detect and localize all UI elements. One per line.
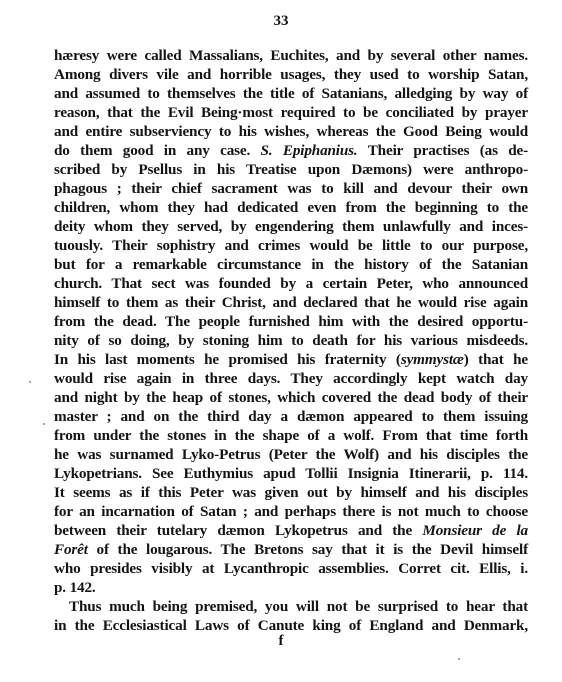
text-line: and entire subserviency to his wishes, w… [54, 122, 528, 141]
text-segment: Among divers vile and horrible usages, t… [54, 66, 528, 83]
text-line: children, whom they had dedicated even f… [54, 198, 528, 217]
text-segment: deity whom they served, by engendering t… [54, 218, 528, 235]
book-page: 33 hæresy were called Massalians, Euchit… [0, 0, 562, 682]
text-segment: tuously. Their sophistry and crimes woul… [54, 237, 528, 254]
text-line: master ; and on the third day a dæmon ap… [54, 407, 528, 426]
text-segment: p. 142. [54, 579, 96, 596]
text-line: for an incarnation of Satan ; and perhap… [54, 502, 528, 521]
text-segment: do them good in any case. [54, 142, 261, 159]
italic-text: Forêt [54, 541, 88, 558]
text-line: deity whom they served, by engendering t… [54, 217, 528, 236]
text-segment: ) that he [464, 351, 528, 368]
text-segment: children, whom they had dedicated even f… [54, 199, 528, 216]
scan-speck [43, 423, 45, 425]
text-segment: for an incarnation of Satan ; and perhap… [54, 503, 528, 520]
text-line: who presides visibly at Lycanthropic ass… [54, 559, 528, 578]
text-segment: Lykopetrians. See Euthymius apud Tollii … [54, 465, 528, 482]
signature-mark: f [0, 632, 562, 651]
text-segment: from under the stones in the shape of a … [54, 427, 528, 444]
italic-text: Monsieur de la [422, 522, 528, 539]
text-segment: church. That sect was founded by a certa… [54, 275, 528, 292]
italic-text: symmystæ [401, 351, 464, 368]
page-number: 33 [0, 12, 562, 31]
text-segment: In his last moments he promised his frat… [54, 351, 401, 368]
text-segment: scribed by Psellus in his Treatise upon … [54, 161, 528, 178]
text-line: Lykopetrians. See Euthymius apud Tollii … [54, 464, 528, 483]
text-line: scribed by Psellus in his Treatise upon … [54, 160, 528, 179]
italic-text: S. Epiphanius. [261, 142, 358, 159]
text-line: church. That sect was founded by a certa… [54, 274, 528, 293]
text-line: from the dead. The people furnished him … [54, 312, 528, 331]
text-segment: hæresy were called Massalians, Euchites,… [54, 47, 528, 64]
text-line: hæresy were called Massalians, Euchites,… [54, 46, 528, 65]
text-segment: but for a remarkable circumstance in the… [54, 256, 528, 273]
text-segment: Their practises (as de- [358, 142, 528, 159]
text-line: but for a remarkable circumstance in the… [54, 255, 528, 274]
text-segment: would rise again in three days. They acc… [54, 370, 528, 387]
text-line: Thus much being premised, you will not b… [54, 597, 528, 616]
text-segment: himself to them as their Christ, and dec… [54, 294, 528, 311]
text-line: he was surnamed Lyko-Petrus (Peter the W… [54, 445, 528, 464]
text-line: do them good in any case. S. Epiphanius.… [54, 141, 528, 160]
text-segment: and assumed to themselves the title of S… [54, 85, 528, 102]
text-line: and assumed to themselves the title of S… [54, 84, 528, 103]
text-line: himself to them as their Christ, and dec… [54, 293, 528, 312]
text-line: In his last moments he promised his frat… [54, 350, 528, 369]
text-segment: of the lougarous. The Bretons say that i… [88, 541, 528, 558]
text-line: It seems as if this Peter was given out … [54, 483, 528, 502]
text-segment: he was surnamed Lyko-Petrus (Peter the W… [54, 446, 528, 463]
text-segment: from the dead. The people furnished him … [54, 313, 528, 330]
text-line: from under the stones in the shape of a … [54, 426, 528, 445]
text-line: phagous ; their chief sacrament was to k… [54, 179, 528, 198]
scan-speck [458, 658, 460, 660]
text-line: p. 142. [54, 578, 528, 597]
page-body-text: hæresy were called Massalians, Euchites,… [54, 46, 528, 635]
text-line: and night by the heap of stones, which c… [54, 388, 528, 407]
text-segment: who presides visibly at Lycanthropic ass… [54, 560, 528, 577]
text-segment: nity of so doing, by stoning him to deat… [54, 332, 528, 349]
text-line: nity of so doing, by stoning him to deat… [54, 331, 528, 350]
text-segment: Thus much being premised, you will not b… [69, 598, 528, 615]
scan-speck [29, 381, 31, 383]
text-segment: reason, that the Evil Being·most require… [54, 104, 528, 121]
text-line: would rise again in three days. They acc… [54, 369, 528, 388]
text-segment: phagous ; their chief sacrament was to k… [54, 180, 528, 197]
text-line: Forêt of the lougarous. The Bretons say … [54, 540, 528, 559]
text-line: tuously. Their sophistry and crimes woul… [54, 236, 528, 255]
text-segment: and entire subserviency to his wishes, w… [54, 123, 528, 140]
text-segment: between their tutelary dæmon Lykopetrus … [54, 522, 422, 539]
text-line: reason, that the Evil Being·most require… [54, 103, 528, 122]
text-line: Among divers vile and horrible usages, t… [54, 65, 528, 84]
text-segment: It seems as if this Peter was given out … [54, 484, 528, 501]
text-line: between their tutelary dæmon Lykopetrus … [54, 521, 528, 540]
text-segment: master ; and on the third day a dæmon ap… [54, 408, 528, 425]
text-segment: and night by the heap of stones, which c… [54, 389, 528, 406]
